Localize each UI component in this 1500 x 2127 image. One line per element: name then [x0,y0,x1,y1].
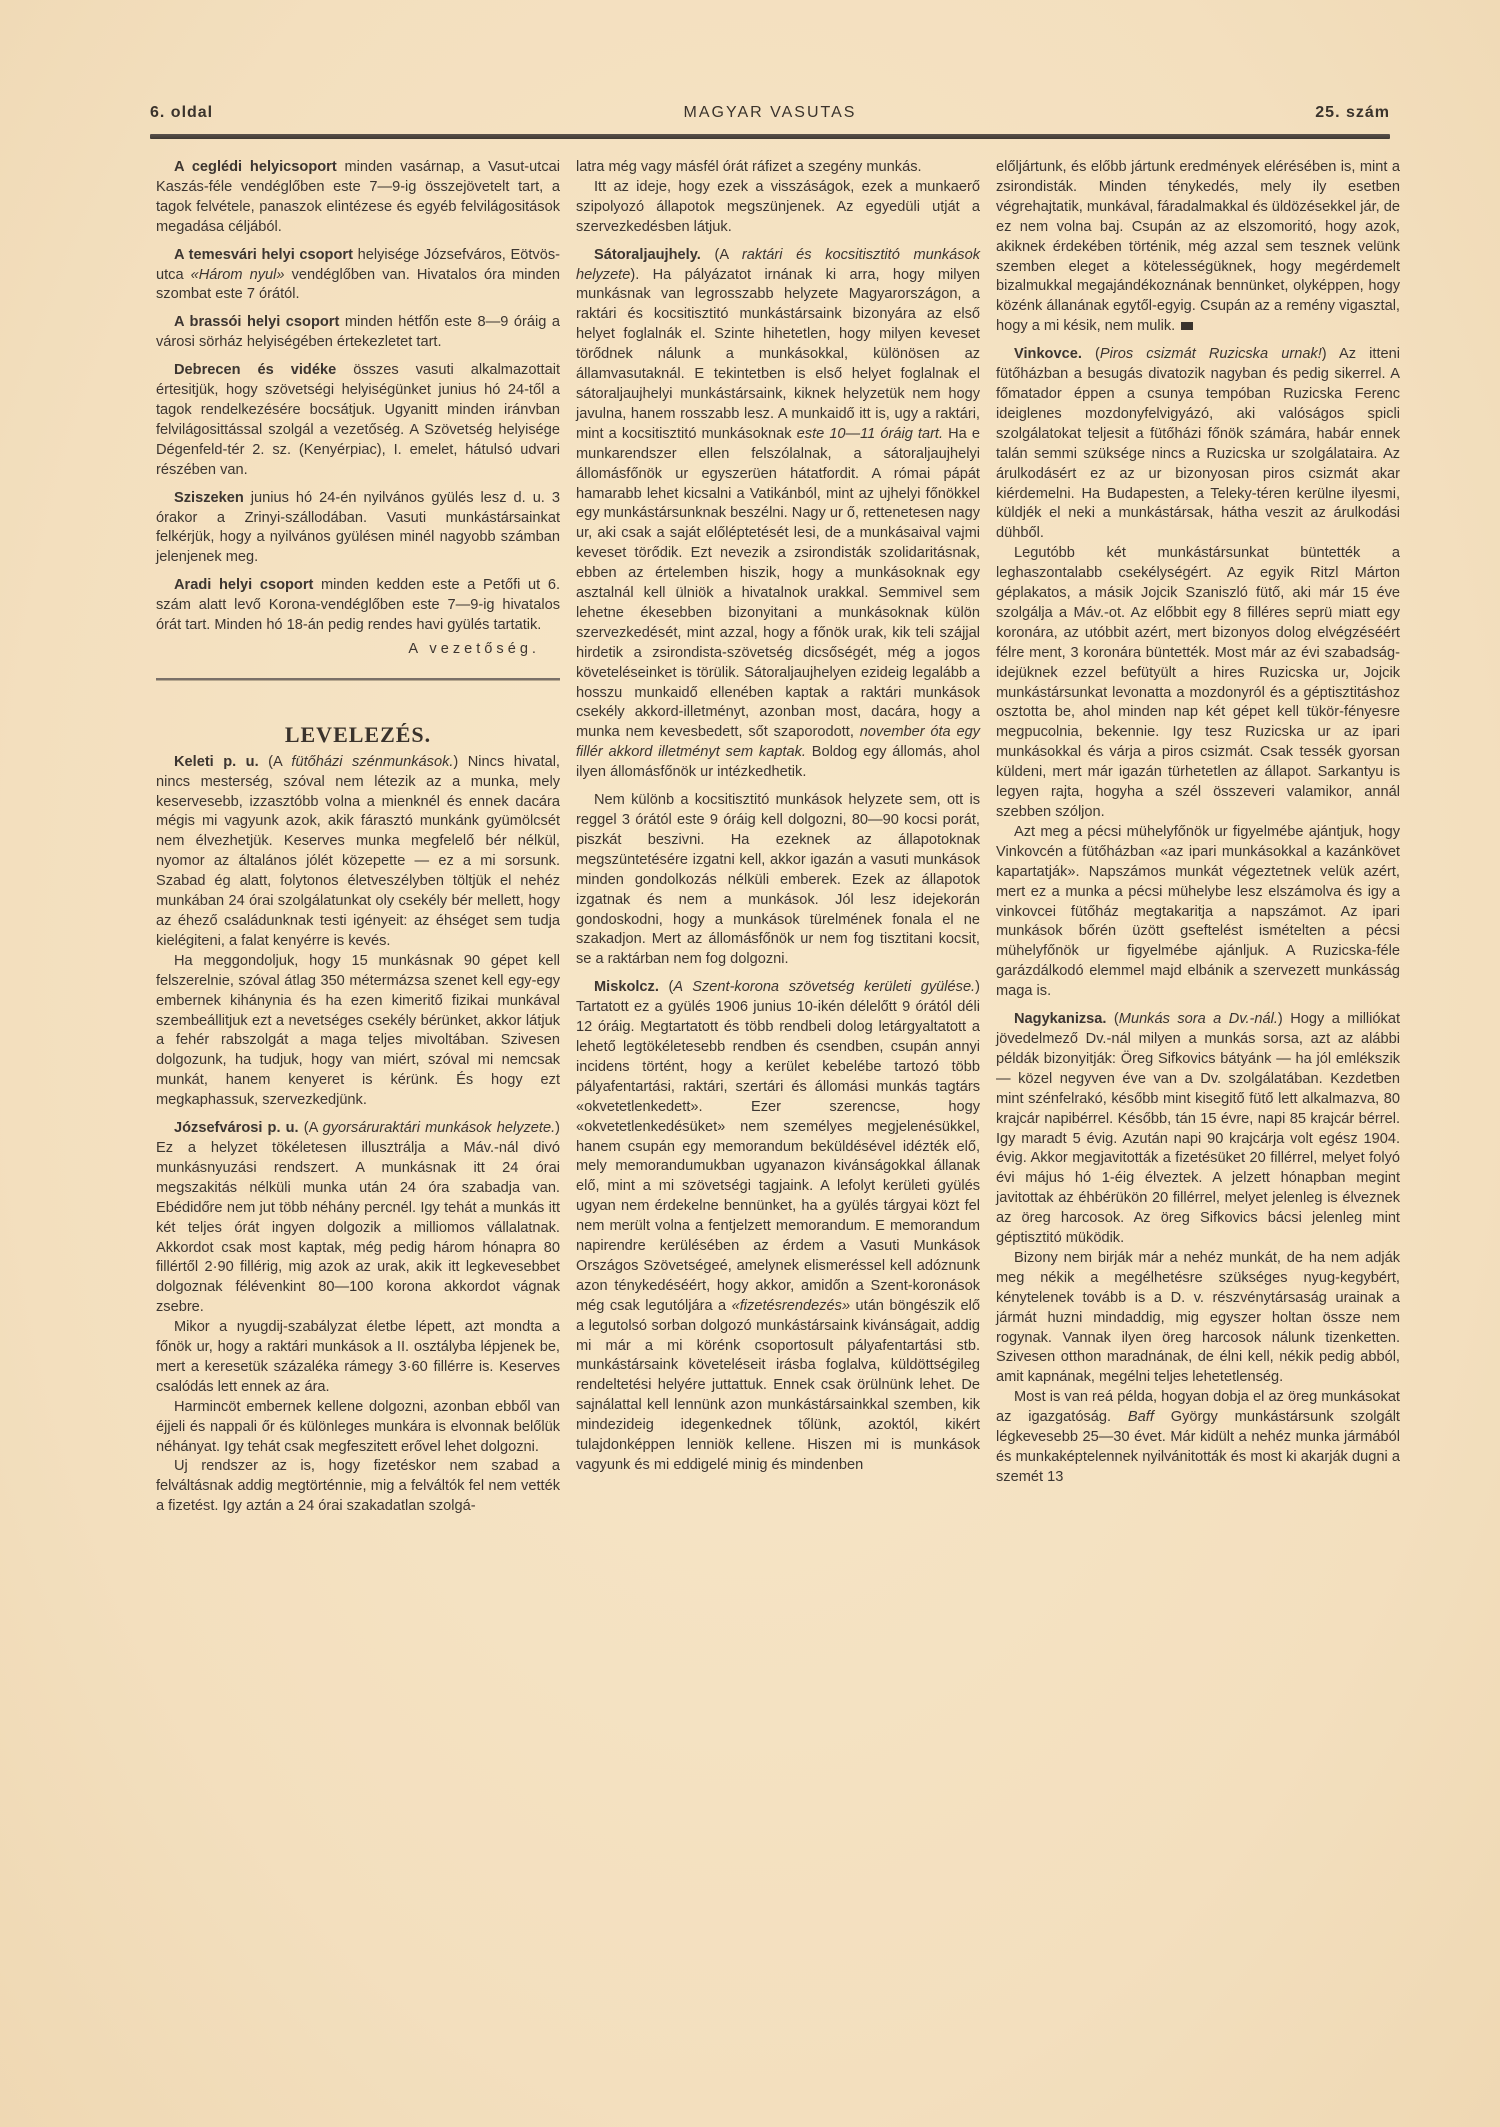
issue-number: 25. szám [1315,104,1390,122]
letter-vinkovce-p3: Azt meg a pécsi mühelyfőnök ur figyelméb… [996,823,1400,1002]
column-3: előljártunk, és előbb jártunk eredmények… [996,158,1400,1488]
letter-nagykanizsa: Nagykanizsa. (Munkás sora a Dv.-nál.) Ho… [996,1010,1400,1249]
notice-debrecen: Debrecen és vidéke összes vasuti alkalma… [156,361,560,480]
letter-keleti: Keleti p. u. (A fütőházi szénmunkások.) … [156,753,560,952]
section-title-levelezes: LEVELEZÉS. [156,725,560,745]
letter-satoraljaujhely-p2: Nem különb a kocsitisztitó munkások hely… [576,791,980,970]
letter-jozsefvaros-end: latra még vagy másfél órát ráfizet a sze… [576,158,980,178]
letter-jozsefvaros-p4: Uj rendszer az is, hogy fizetéskor nem s… [156,1457,560,1517]
letter-satoraljaujhely: Sátoraljaujhely. (A raktári és kocsitisz… [576,246,980,783]
section-divider [156,678,560,681]
notice-temesvar: A temesvári helyi csoport helyisége Józs… [156,246,560,306]
letter-vinkovce: Vinkovce. (Piros csizmát Ruzicska urnak!… [996,345,1400,544]
notice-cegled: A ceglédi helyicsoport minden vasárnap, … [156,158,560,238]
letter-jozsefvaros-closing: Itt az ideje, hogy ezek a visszáságok, e… [576,178,980,238]
letter-jozsefvaros: Józsefvárosi p. u. (A gyorsáruraktári mu… [156,1119,560,1318]
letter-nagykanizsa-p3: Most is van reá példa, hogyan dobja el a… [996,1388,1400,1488]
letter-jozsefvaros-p2: Mikor a nyugdij-szabályzat életbe lépett… [156,1318,560,1398]
letter-jozsefvaros-p3: Harmincöt embernek kellene dolgozni, azo… [156,1398,560,1458]
notice-sziszek: Sziszeken junius hó 24-én nyilvános gyül… [156,489,560,569]
newspaper-title: MAGYAR VASUTAS [150,104,1390,122]
column-2: latra még vagy másfél órát ráfizet a sze… [576,158,980,1484]
notice-brasso: A brassói helyi csoport minden hétfőn es… [156,313,560,353]
letter-nagykanizsa-p2: Bizony nem birják már a nehéz munkát, de… [996,1249,1400,1388]
letter-miskolcz-end: előljártunk, és előbb jártunk eredmények… [996,158,1400,337]
letter-vinkovce-p2: Legutóbb két munkástársunkat büntették a… [996,544,1400,823]
newspaper-page: 6. oldal MAGYAR VASUTAS 25. szám A ceglé… [0,0,1500,2127]
letter-keleti-cont: Ha meggondoljuk, hogy 15 munkásnak 90 gé… [156,952,560,1111]
notice-arad: Aradi helyi csoport minden kedden este a… [156,576,560,636]
signature: A vezetőség. [156,640,540,660]
page-header: 6. oldal MAGYAR VASUTAS 25. szám [150,104,1390,128]
letter-miskolcz: Miskolcz. (A Szent-korona szövetség kerü… [576,978,980,1476]
column-1: A ceglédi helyicsoport minden vasárnap, … [156,158,560,1517]
end-mark-icon [1181,322,1193,330]
header-rule [150,134,1390,139]
